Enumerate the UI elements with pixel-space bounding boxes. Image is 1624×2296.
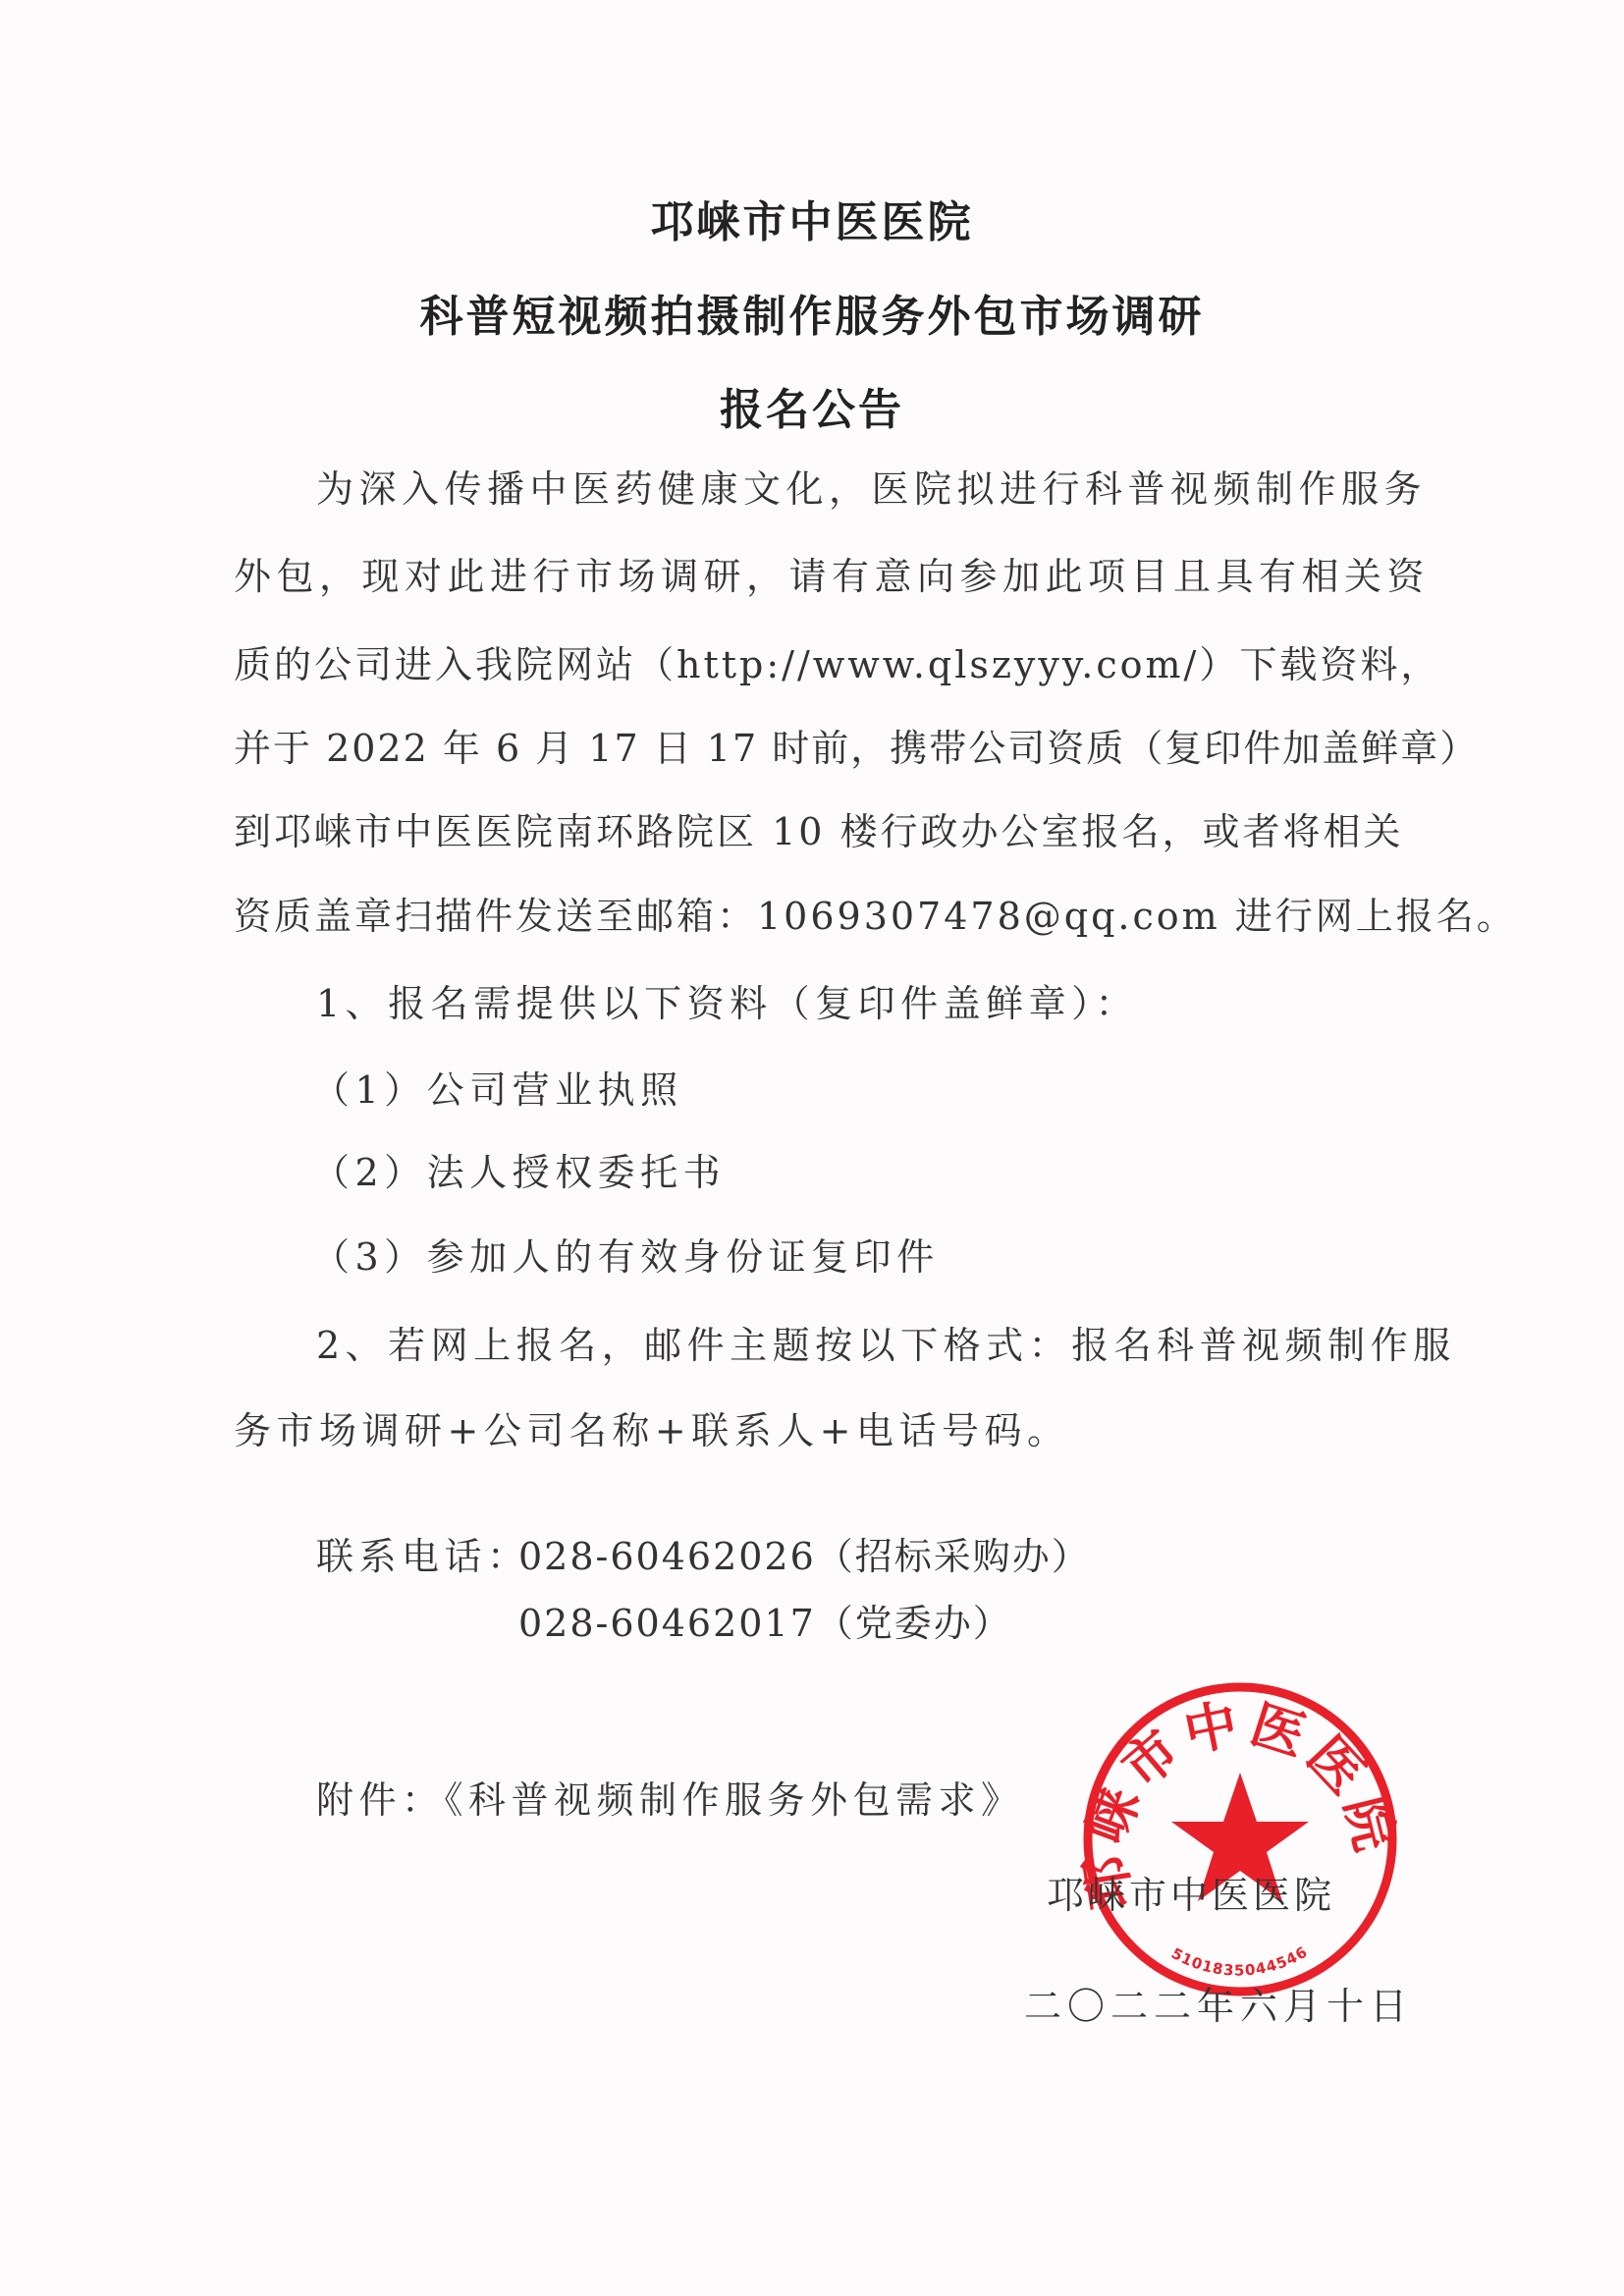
online-note-line-1: 2、若网上报名，邮件主题按以下格式：报名科普视频制作服 [316, 1327, 1386, 1364]
online-note-line-2: 务市场调研+公司名称+联系人+电话号码。 [234, 1412, 1070, 1449]
svg-text:5101835044546: 5101835044546 [1168, 1942, 1311, 1979]
contact-phone-2: 028-60462017（党委办） [518, 1605, 1012, 1642]
contact-phone-1: 028-60462026（招标采购办） [518, 1538, 1091, 1575]
requirement-item-2: （2）法人授权委托书 [312, 1154, 726, 1191]
intro-line-5: 到邛崃市中医医院南环路院区 10 楼行政办公室报名，或者将相关 [234, 813, 1387, 850]
document-page: 邛崃市中医医院 科普短视频拍摄制作服务外包市场调研 报名公告 为深入传播中医药健… [0, 0, 1624, 2296]
requirement-item-3: （3）参加人的有效身份证复印件 [312, 1238, 940, 1276]
intro-line-3: 质的公司进入我院网站（http://www.qlszyyy.com/）下载资料， [234, 646, 1387, 683]
attachment-line: 附件：《科普视频制作服务外包需求》 [316, 1781, 1024, 1819]
signature-date: 二〇二二年六月十日 [1024, 1988, 1413, 2025]
title-hospital-name: 邛崃市中医医院 [0, 201, 1624, 245]
official-seal: 邛崃市中医医院 5101835044546 [1080, 1679, 1400, 1999]
intro-line-1: 为深入传播中医药健康文化，医院拟进行科普视频制作服务 [316, 470, 1386, 508]
requirement-item-1: （1）公司营业执照 [312, 1071, 683, 1109]
requirements-heading: 1、报名需提供以下资料（复印件盖鲜章）： [316, 985, 1138, 1022]
intro-line-4: 并于 2022 年 6 月 17 日 17 时前，携带公司资质（复印件加盖鲜章） [234, 730, 1387, 767]
title-announcement: 报名公告 [0, 389, 1624, 432]
intro-line-6: 资质盖章扫描件发送至邮箱：1069307478@qq.com 进行网上报名。 [234, 898, 1387, 935]
seal-code: 5101835044546 [1168, 1942, 1311, 1979]
signature-organization: 邛崃市中医医院 [1047, 1877, 1335, 1914]
intro-line-2: 外包，现对此进行市场调研，请有意向参加此项目且具有相关资 [234, 558, 1387, 595]
title-subject: 科普短视频拍摄制作服务外包市场调研 [0, 296, 1624, 339]
contact-label: 联系电话： [316, 1538, 530, 1575]
